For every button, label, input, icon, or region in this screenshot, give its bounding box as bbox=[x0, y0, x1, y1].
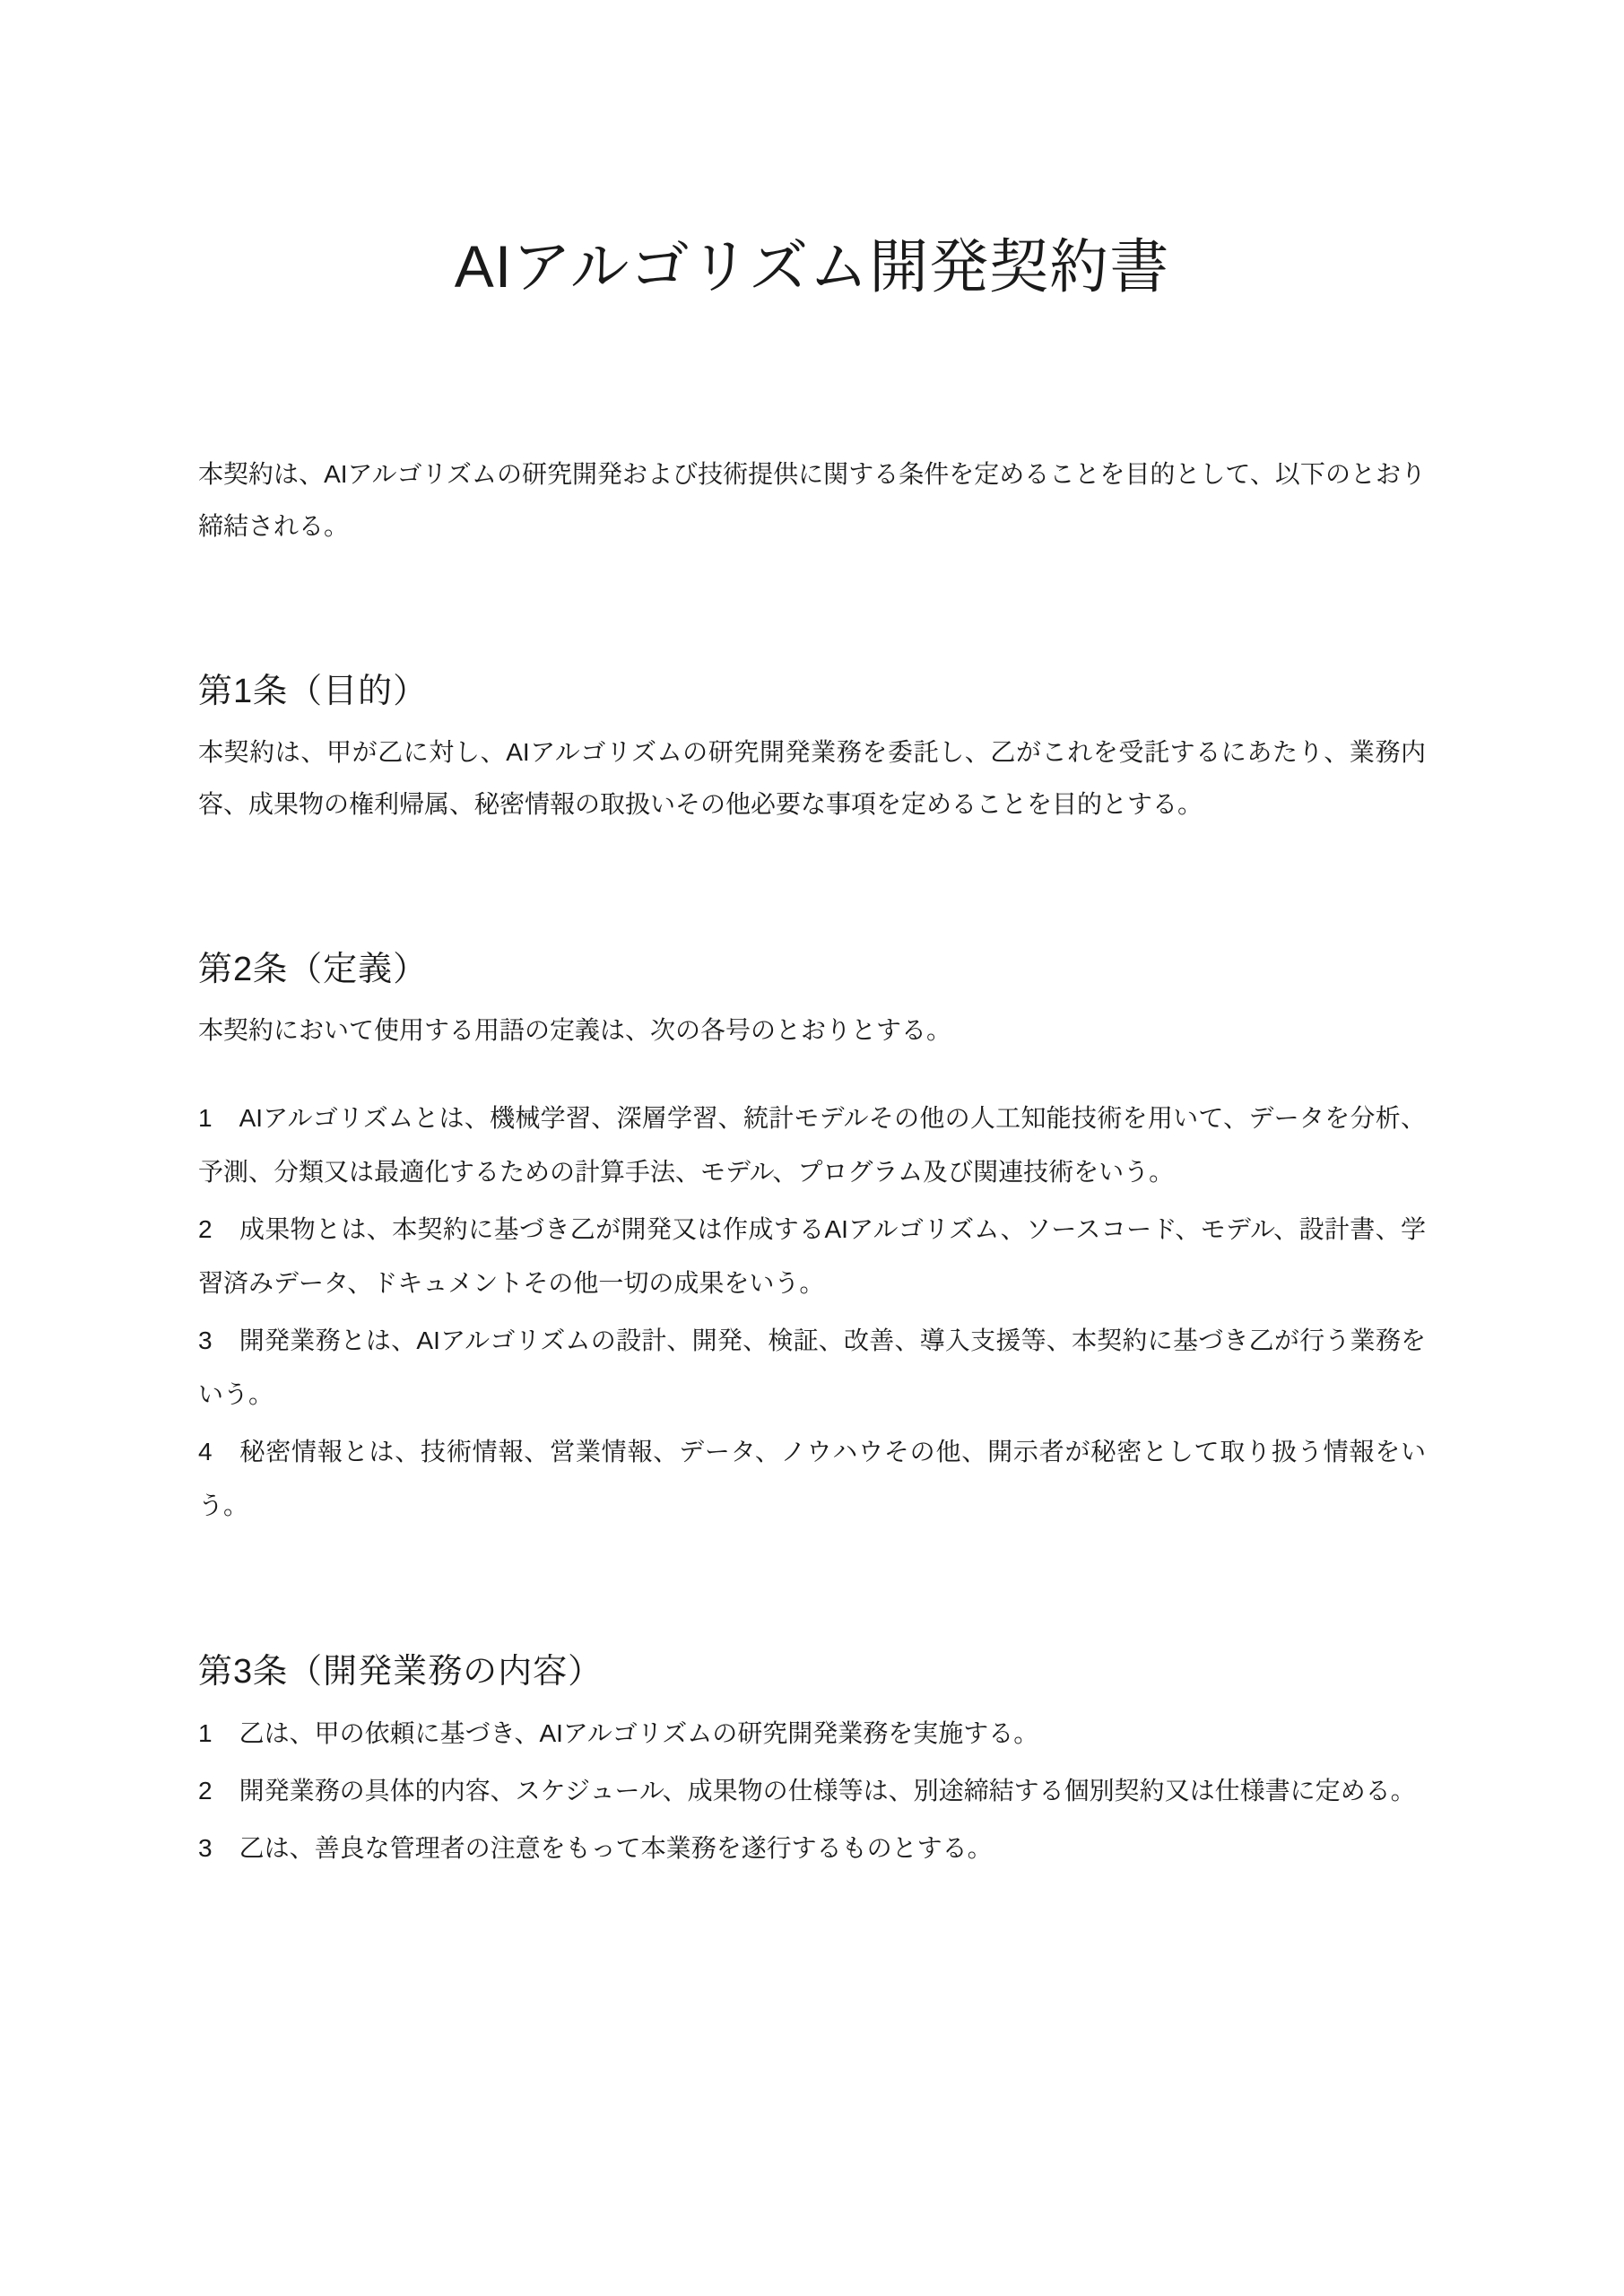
item-text: 開発業務とは、AIアルゴリズムの設計、開発、検証、改善、導入支援等、本契約に基づ… bbox=[198, 1326, 1426, 1408]
document-page: AIアルゴリズム開発契約書 本契約は、AIアルゴリズムの研究開発および技術提供に… bbox=[0, 0, 1624, 2296]
item-number: 2 bbox=[198, 1777, 213, 1805]
article-item: 1乙は、甲の依頼に基づき、AIアルゴリズムの研究開発業務を実施する。 bbox=[198, 1707, 1426, 1761]
article-items: 1AIアルゴリズムとは、機械学習、深層学習、統計モデルその他の人工知能技術を用い… bbox=[198, 1091, 1426, 1533]
item-text: 乙は、善良な管理者の注意をもって本業務を遂行するものとする。 bbox=[239, 1834, 993, 1862]
intro-paragraph: 本契約は、AIアルゴリズムの研究開発および技術提供に関する条件を定めることを目的… bbox=[198, 448, 1426, 552]
article-body: 本契約は、甲が乙に対し、AIアルゴリズムの研究開発業務を委託し、乙がこれを受託す… bbox=[198, 726, 1426, 831]
item-text: AIアルゴリズムとは、機械学習、深層学習、統計モデルその他の人工知能技術を用いて… bbox=[198, 1104, 1426, 1186]
article-item: 4秘密情報とは、技術情報、営業情報、データ、ノウハウその他、開示者が秘密として取… bbox=[198, 1425, 1426, 1533]
article-section: 第3条（開発業務の内容） 1乙は、甲の依頼に基づき、AIアルゴリズムの研究開発業… bbox=[198, 1649, 1426, 1875]
item-text: 成果物とは、本契約に基づき乙が開発又は作成するAIアルゴリズム、ソースコード、モ… bbox=[198, 1215, 1426, 1297]
item-number: 4 bbox=[198, 1438, 213, 1465]
item-number: 1 bbox=[198, 1104, 213, 1132]
item-number: 2 bbox=[198, 1215, 213, 1243]
articles-container: 第1条（目的） 本契約は、甲が乙に対し、AIアルゴリズムの研究開発業務を委託し、… bbox=[198, 669, 1426, 1875]
article-item: 1AIアルゴリズムとは、機械学習、深層学習、統計モデルその他の人工知能技術を用い… bbox=[198, 1091, 1426, 1199]
article-item: 2成果物とは、本契約に基づき乙が開発又は作成するAIアルゴリズム、ソースコード、… bbox=[198, 1203, 1426, 1310]
article-item: 3開発業務とは、AIアルゴリズムの設計、開発、検証、改善、導入支援等、本契約に基… bbox=[198, 1314, 1426, 1422]
article-item: 3乙は、善良な管理者の注意をもって本業務を遂行するものとする。 bbox=[198, 1822, 1426, 1875]
article-item: 2開発業務の具体的内容、スケジュール、成果物の仕様等は、別途締結する個別契約又は… bbox=[198, 1764, 1426, 1818]
item-number: 1 bbox=[198, 1719, 213, 1747]
item-text: 乙は、甲の依頼に基づき、AIアルゴリズムの研究開発業務を実施する。 bbox=[239, 1719, 1039, 1747]
article-heading: 第3条（開発業務の内容） bbox=[198, 1649, 1426, 1694]
article-heading: 第1条（目的） bbox=[198, 669, 1426, 714]
document-title: AIアルゴリズム開発契約書 bbox=[198, 226, 1426, 307]
article-heading: 第2条（定義） bbox=[198, 947, 1426, 992]
item-text: 秘密情報とは、技術情報、営業情報、データ、ノウハウその他、開示者が秘密として取り… bbox=[198, 1438, 1426, 1519]
article-items: 1乙は、甲の依頼に基づき、AIアルゴリズムの研究開発業務を実施する。 2開発業務… bbox=[198, 1707, 1426, 1875]
item-number: 3 bbox=[198, 1326, 213, 1354]
item-number: 3 bbox=[198, 1834, 213, 1862]
article-section: 第2条（定義） 本契約において使用する用語の定義は、次の各号のとおりとする。 1… bbox=[198, 947, 1426, 1533]
article-section: 第1条（目的） 本契約は、甲が乙に対し、AIアルゴリズムの研究開発業務を委託し、… bbox=[198, 669, 1426, 831]
article-body: 本契約において使用する用語の定義は、次の各号のとおりとする。 bbox=[198, 1004, 1426, 1057]
item-text: 開発業務の具体的内容、スケジュール、成果物の仕様等は、別途締結する個別契約又は仕… bbox=[239, 1777, 1416, 1805]
